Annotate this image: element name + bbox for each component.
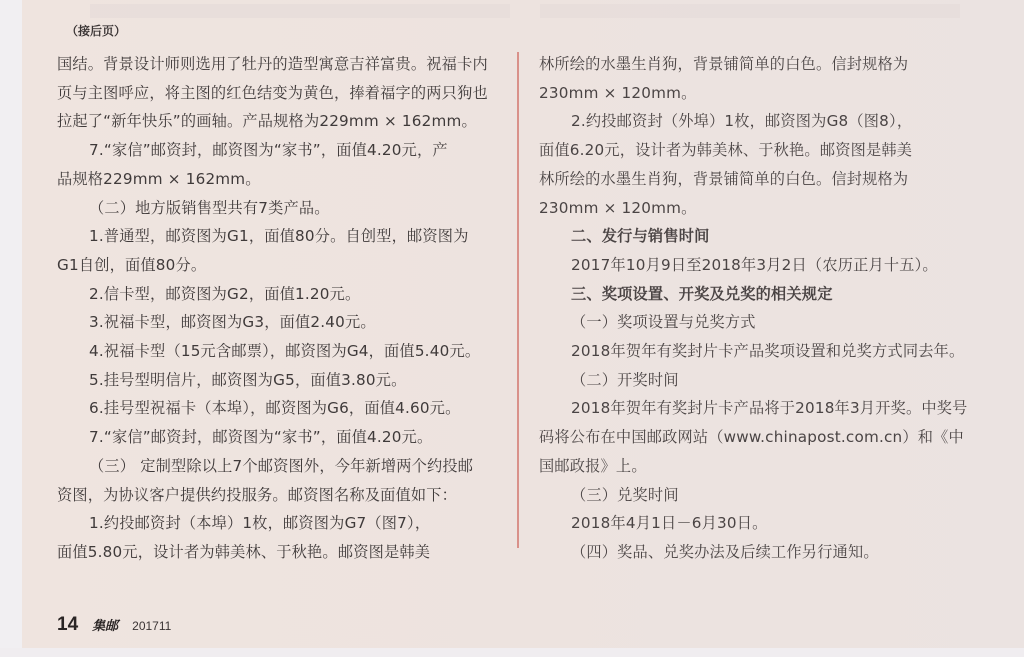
page-footer: 14 集邮 201711: [57, 614, 171, 636]
text-line: 3.祝福卡型，邮资图为G3，面值2.40元。: [57, 308, 497, 337]
text-line: 1.普通型，邮资图为G1，面值80分。自创型，邮资图为: [57, 222, 497, 251]
text-line: 林所绘的水墨生肖狗，背景铺简单的白色。信封规格为: [539, 165, 983, 194]
text-line: （二）开奖时间: [539, 366, 983, 395]
text-line: 2018年贺年有奖封片卡产品将于2018年3月开奖。中奖号: [539, 394, 983, 423]
text-line: 品规格229mm × 162mm。: [57, 165, 497, 194]
text-line: 2017年10月9日至2018年3月2日（农历正月十五）。: [539, 251, 983, 280]
bleed-through-text: [540, 4, 960, 18]
continued-label: （接后页）: [66, 22, 126, 39]
text-line: （二）地方版销售型共有7类产品。: [57, 194, 497, 223]
text-line: 2.约投邮资封（外埠）1枚，邮资图为G8（图8），: [539, 107, 983, 136]
text-line: 页与主图呼应，将主图的红色结变为黄色，捧着福字的两只狗也: [57, 79, 497, 108]
text-line: （一）奖项设置与兑奖方式: [539, 308, 983, 337]
text-line: 国邮政报》上。: [539, 452, 983, 481]
text-line: 资图，为协议客户提供约投服务。邮资图名称及面值如下：: [57, 481, 497, 510]
issue-number: 201711: [132, 619, 171, 633]
right-column: 林所绘的水墨生肖狗，背景铺简单的白色。信封规格为230mm × 120mm。2.…: [539, 50, 983, 567]
text-line: 230mm × 120mm。: [539, 79, 983, 108]
text-line: 7.“家信”邮资封，邮资图为“家书”，面值4.20元。: [57, 423, 497, 452]
text-line: 1.约投邮资封（本埠）1枚，邮资图为G7（图7），: [57, 509, 497, 538]
text-line: 2.信卡型，邮资图为G2，面值1.20元。: [57, 280, 497, 309]
text-line: 4.祝福卡型（15元含邮票），邮资图为G4，面值5.40元。: [57, 337, 497, 366]
scan-bottom-margin: [0, 648, 1024, 657]
section-heading: 三、奖项设置、开奖及兑奖的相关规定: [539, 280, 983, 309]
left-column: 国结。背景设计师则选用了牡丹的造型寓意吉祥富贵。祝福卡内页与主图呼应，将主图的红…: [57, 50, 497, 567]
text-line: 2018年4月1日－6月30日。: [539, 509, 983, 538]
text-line: 拉起了“新年快乐”的画轴。产品规格为229mm × 162mm。: [57, 107, 497, 136]
bleed-through-text: [90, 4, 510, 18]
section-heading: 二、发行与销售时间: [539, 222, 983, 251]
text-line: 面值6.20元，设计者为韩美林、于秋艳。邮资图是韩美: [539, 136, 983, 165]
text-line: （三）兑奖时间: [539, 481, 983, 510]
scan-left-margin: [0, 0, 22, 657]
text-line: 林所绘的水墨生肖狗，背景铺简单的白色。信封规格为: [539, 50, 983, 79]
page-number: 14: [57, 614, 78, 636]
text-line: 5.挂号型明信片，邮资图为G5，面值3.80元。: [57, 366, 497, 395]
text-line: 面值5.80元，设计者为韩美林、于秋艳。邮资图是韩美: [57, 538, 497, 567]
text-line: 7.“家信”邮资封，邮资图为“家书”，面值4.20元，产: [57, 136, 497, 165]
text-line: （三） 定制型除以上7个邮资图外，今年新增两个约投邮: [57, 452, 497, 481]
text-line: 6.挂号型祝福卡（本埠），邮资图为G6，面值4.60元。: [57, 394, 497, 423]
text-line: （四）奖品、兑奖办法及后续工作另行通知。: [539, 538, 983, 567]
text-line: G1自创，面值80分。: [57, 251, 497, 280]
text-line: 国结。背景设计师则选用了牡丹的造型寓意吉祥富贵。祝福卡内: [57, 50, 497, 79]
column-divider: [517, 52, 519, 548]
text-line: 2018年贺年有奖封片卡产品奖项设置和兑奖方式同去年。: [539, 337, 983, 366]
text-line: 码将公布在中国邮政网站（www.chinapost.com.cn）和《中: [539, 423, 983, 452]
text-line: 230mm × 120mm。: [539, 194, 983, 223]
magazine-logo: 集邮: [92, 615, 118, 634]
